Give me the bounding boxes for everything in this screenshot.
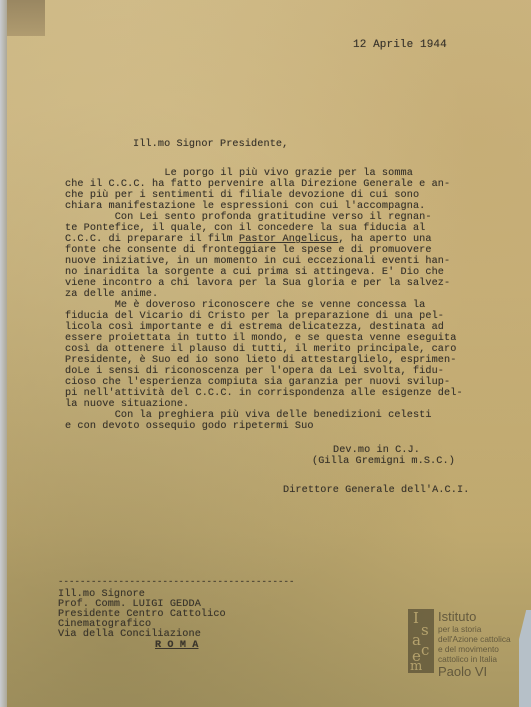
film-title: Pastor Angelicus bbox=[239, 234, 338, 245]
body-line: doLe i sensi di riconoscenza per l'opera… bbox=[65, 367, 444, 378]
signer-name: (Gilla Gremigni m.S.C.) bbox=[312, 457, 455, 468]
body-line: chiara manifestazione le espressioni con… bbox=[65, 202, 425, 213]
isacem-logo-text: Istituto per la storia dell'Azione catto… bbox=[438, 609, 511, 679]
separator-line: ----------------------------------------… bbox=[58, 577, 295, 588]
logo-text-line: per la storia bbox=[438, 624, 511, 634]
body-line: Con la preghiera più viva delle benedizi… bbox=[65, 411, 432, 422]
body-line: così da ottenere il plauso di tutti, il … bbox=[65, 345, 456, 356]
body-line: e con devoto ossequio godo ripetermi Suo bbox=[65, 422, 314, 433]
letter-page: 12 Aprile 1944 Ill.mo Signor Presidente,… bbox=[7, 0, 531, 707]
body-line: cioso che l'esperienza compiuta sia gara… bbox=[65, 378, 450, 389]
body-line: no inaridita la sorgente a cui prima si … bbox=[65, 268, 444, 279]
body-line: fiducia del Vicario di Cristo per la pre… bbox=[65, 312, 444, 323]
signer-title: Direttore Generale dell'A.C.I. bbox=[283, 486, 469, 497]
body-line: essere proiettata in tutto il mondo, e s… bbox=[65, 334, 456, 345]
body-line: licola così importante e di estrema deli… bbox=[65, 323, 444, 334]
logo-text-line: cattolico in Italia bbox=[438, 654, 511, 664]
body-line: che il C.C.C. ha fatto pervenire alla Di… bbox=[65, 180, 450, 191]
logo-text-line: Istituto bbox=[438, 609, 511, 624]
logo-letter: c bbox=[421, 643, 429, 658]
closing-line: Dev.mo in C.J. bbox=[333, 446, 420, 457]
logo-text-line: Paolo VI bbox=[438, 664, 511, 679]
logo-letter: s bbox=[421, 623, 429, 638]
letter-date: 12 Aprile 1944 bbox=[353, 40, 447, 51]
address-city: R O M A bbox=[155, 641, 199, 652]
body-line: viene incontro a chi lavora per la Sua g… bbox=[65, 279, 450, 290]
body-line: Me è doveroso riconoscere che se venne c… bbox=[65, 301, 425, 312]
logo-letter: I bbox=[413, 611, 419, 626]
body-line: za delle anime. bbox=[65, 290, 158, 301]
logo-letter: a bbox=[412, 633, 421, 648]
address-line: Via della Conciliazione bbox=[58, 630, 201, 641]
salutation: Ill.mo Signor Presidente, bbox=[133, 140, 288, 151]
archive-watermark-logo: I s a c e m Istituto per la storia dell'… bbox=[408, 609, 518, 681]
page-torn-edge bbox=[519, 610, 531, 707]
body-line: pi nell'attività del C.C.C. in corrispon… bbox=[65, 389, 463, 400]
body-line: nuove iniziative, in un momento in cui e… bbox=[65, 257, 450, 268]
body-line-suffix: , ha aperto una bbox=[338, 234, 431, 245]
isacem-logo-mark: I s a c e m bbox=[408, 609, 434, 673]
body-line: che più per i sentimenti di filiale devo… bbox=[65, 191, 419, 202]
body-line-film: C.C.C. di preparare il film Pastor Angel… bbox=[65, 235, 432, 246]
body-line: Le porgo il più vivo grazie per la somma bbox=[65, 169, 413, 180]
body-line: la nuove situazione. bbox=[65, 400, 189, 411]
logo-text-line: e del movimento bbox=[438, 644, 511, 654]
logo-letter: m bbox=[410, 659, 422, 674]
body-line: te Pontefice, il quale, con il concedere… bbox=[65, 224, 425, 235]
body-line: Con Lei sento profonda gratitudine verso… bbox=[65, 213, 432, 224]
body-line: Presidente, è Suo ed io sono lieto di at… bbox=[65, 356, 456, 367]
body-line: fonte che consente di fronteggiare le sp… bbox=[65, 246, 432, 257]
corner-stain bbox=[7, 0, 45, 36]
body-line-prefix: C.C.C. di preparare il film bbox=[65, 234, 239, 245]
logo-text-line: dell'Azione cattolica bbox=[438, 634, 511, 644]
